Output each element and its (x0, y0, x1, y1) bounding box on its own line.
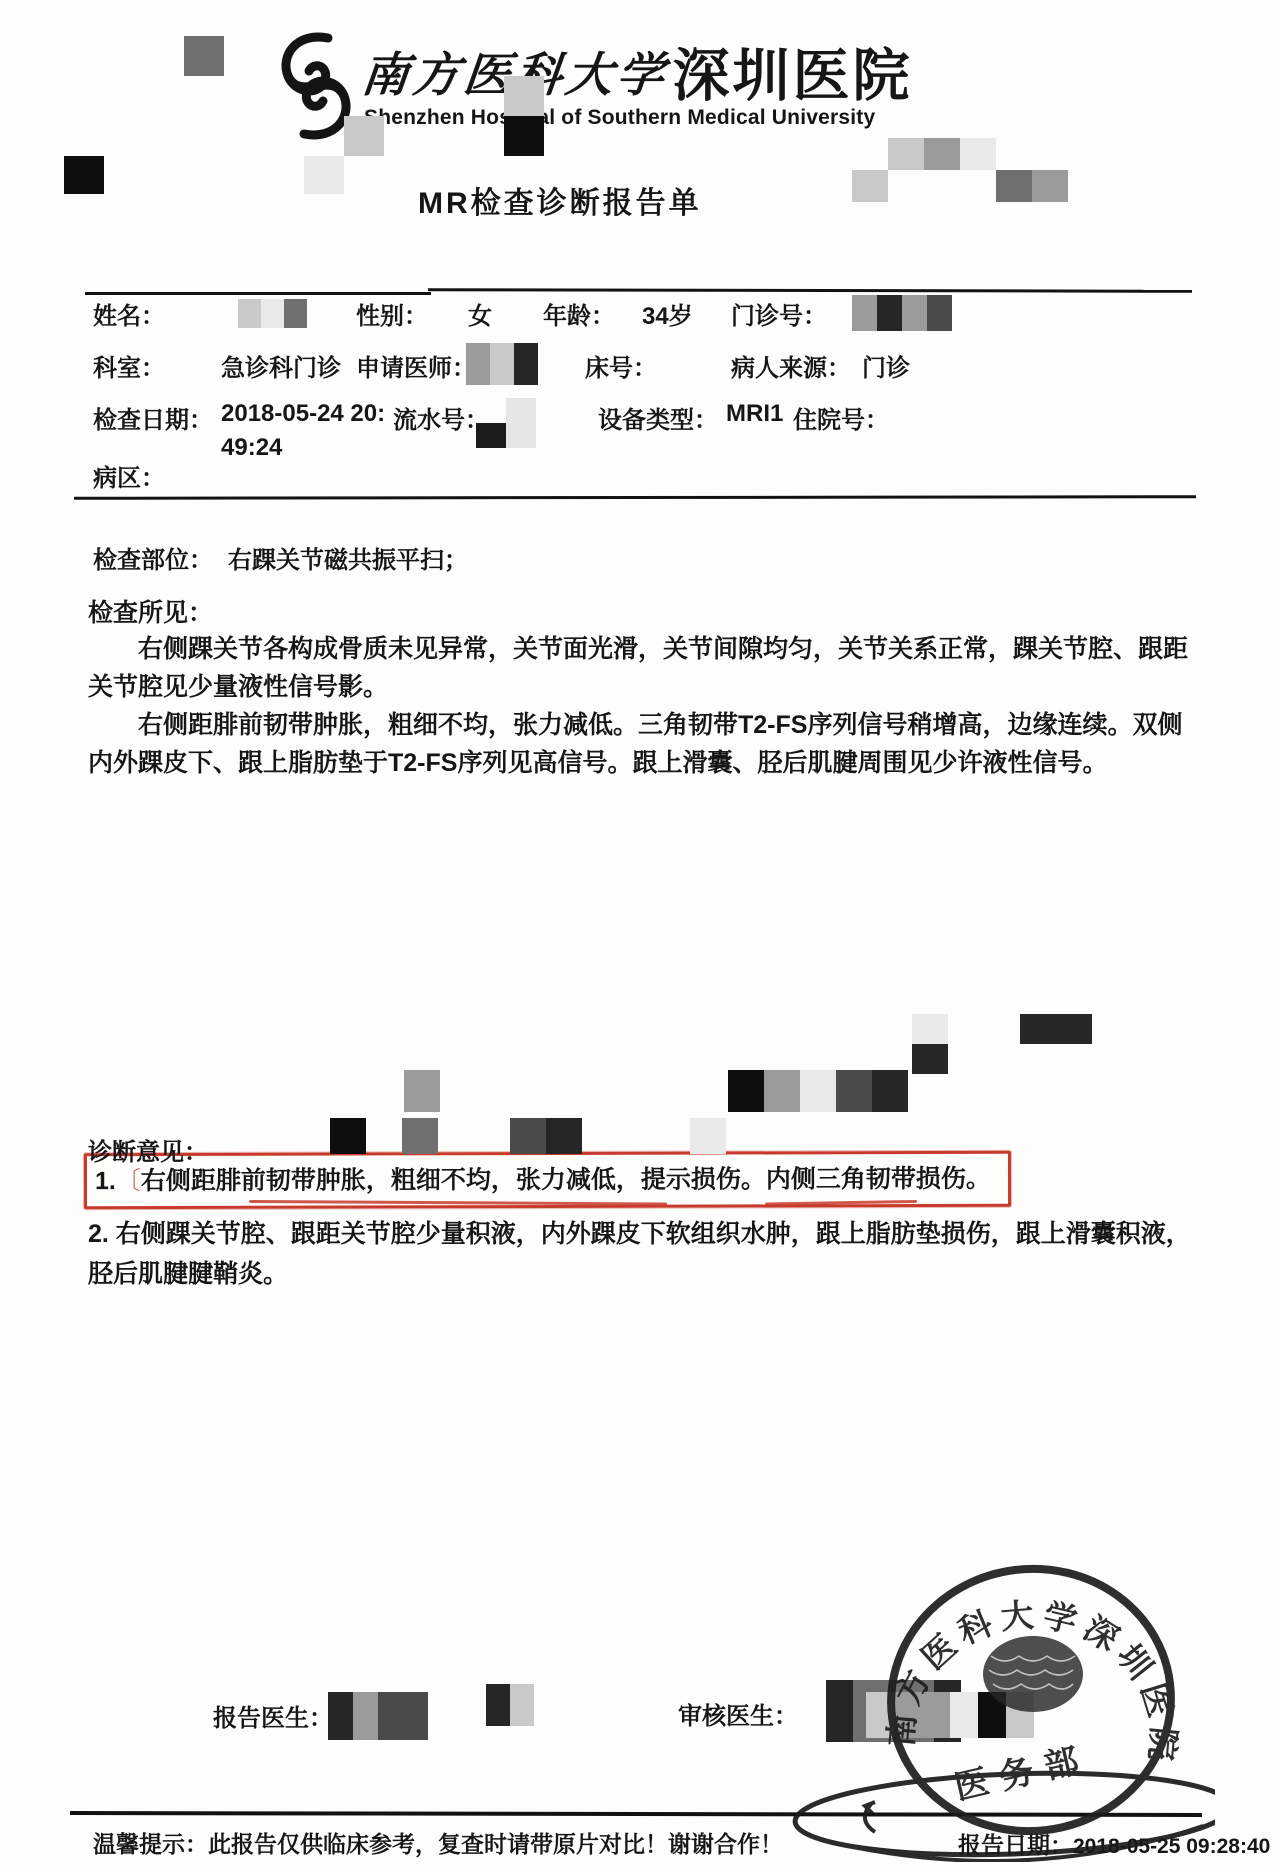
diagnosis-item-1-highlight-box: 1.〔右侧距腓前韧带肿胀，粗细不均，张力减低，提示损伤。内侧三角韧带损伤。 (84, 1151, 1011, 1209)
exam-site-value: 右踝关节磁共振平扫； (228, 540, 468, 575)
redaction-block (510, 1118, 546, 1154)
redaction-block (514, 343, 538, 385)
red-underline (249, 1200, 667, 1206)
hospital-name-en: Shenzhen Hospital of Southern Medical Un… (364, 106, 875, 130)
redaction-block (872, 1070, 908, 1112)
redaction-block (800, 1070, 836, 1112)
redaction-block (1032, 170, 1068, 202)
exam-date-label: 检查日期： (93, 400, 213, 435)
department-label: 科室： (93, 348, 165, 383)
redaction-block (912, 1014, 948, 1044)
department-value: 急诊科门诊 (221, 348, 341, 383)
redaction-block (304, 156, 344, 194)
device-type-value: MRI1 (726, 400, 783, 428)
redaction-block (960, 138, 996, 170)
redaction-block (852, 295, 877, 331)
exam-site-label: 检查部位： (93, 540, 213, 575)
inpatient-no-label: 住院号： (793, 400, 889, 435)
redaction-block (927, 295, 952, 331)
diagnosis-item-1-text: 右侧距腓前韧带肿胀，粗细不均，张力减低，提示损伤。内侧三角韧带损伤。 (141, 1165, 991, 1195)
redaction-block (261, 299, 284, 328)
redaction-block (924, 138, 960, 170)
divider-line (85, 292, 431, 295)
redaction-block (912, 1044, 948, 1074)
name-label: 姓名： (93, 296, 165, 331)
age-value: 34岁 (642, 296, 693, 331)
redaction-block (353, 1692, 378, 1740)
redaction-block (728, 1070, 764, 1112)
redaction-block (378, 1692, 403, 1740)
redaction-block (546, 1118, 582, 1154)
footer-tip-text: 此报告仅供临床参考，复查时请带原片对比！谢谢合作！ (208, 1831, 783, 1857)
redaction-block (402, 1118, 438, 1154)
findings-label: 检查所见： (88, 594, 213, 632)
findings-paragraph-2: 右侧距腓前韧带肿胀，粗细不均，张力减低。三角韧带T2-FS序列信号稍增高，边缘连… (88, 706, 1200, 782)
diagnosis-item-1: 1.〔右侧距腓前韧带肿胀，粗细不均，张力减低，提示损伤。内侧三角韧带损伤。 (95, 1160, 991, 1200)
exam-date-value-line1: 2018-05-24 20: (221, 400, 385, 428)
report-title: MR检查诊断报告单 (418, 178, 702, 222)
redaction-block (510, 1684, 534, 1726)
diagnosis-item-1-number: 1. (95, 1167, 116, 1195)
redaction-block (403, 1692, 428, 1740)
age-label: 年龄： (543, 296, 615, 331)
device-type-label: 设备类型： (598, 400, 718, 435)
patient-source-label: 病人来源： (731, 348, 851, 383)
redaction-block (284, 299, 307, 328)
redaction-block (852, 170, 888, 202)
redaction-block (64, 156, 104, 194)
diagnosis-label: 诊断意见： (88, 1132, 208, 1167)
redaction-block (490, 343, 514, 385)
footer-tip: 温馨提示：此报告仅供临床参考，复查时请带原片对比！谢谢合作！ (93, 1826, 783, 1859)
redaction-block (506, 398, 536, 423)
patient-source-value: 门诊 (862, 348, 910, 383)
hospital-name-cn: 南方医科大学 深圳医院 (362, 30, 912, 112)
footer-tip-label: 温馨提示： (93, 1831, 208, 1857)
hospital-stamp: 南方医科大学深圳医院 医务部 (775, 1552, 1215, 1862)
divider-line (74, 495, 1196, 500)
redaction-block (836, 1070, 872, 1112)
hospital-name-script: 南方医科大学 (358, 38, 671, 105)
red-underline (765, 1200, 917, 1206)
ward-label: 病区： (93, 458, 165, 493)
redaction-block (404, 1070, 440, 1112)
findings-paragraph-1: 右侧踝关节各构成骨质未见异常，关节面光滑，关节间隙均匀，关节关系正常，踝关节腔、… (88, 630, 1200, 706)
redaction-block (888, 138, 924, 170)
bed-no-label: 床号： (585, 348, 657, 383)
redaction-block (184, 36, 224, 76)
redaction-block (330, 1118, 366, 1154)
mr-report-page: 南方医科大学 深圳医院 Shenzhen Hospital of Souther… (0, 0, 1279, 1865)
redaction-block (506, 423, 536, 448)
hospital-name-bold: 深圳医院 (672, 30, 912, 112)
hospital-logo (272, 30, 360, 142)
redaction-block (996, 170, 1032, 202)
red-pen-mark: 〔 (116, 1167, 141, 1195)
gender-value: 女 (468, 296, 492, 331)
redaction-block (902, 295, 927, 331)
exam-date-value-line2: 49:24 (221, 434, 282, 462)
redaction-block (690, 1118, 726, 1154)
redaction-block (1020, 1014, 1056, 1044)
divider-line (428, 288, 1192, 293)
redaction-block (877, 295, 902, 331)
redaction-block (764, 1070, 800, 1112)
redaction-block (1056, 1014, 1092, 1044)
physician-label: 申请医师： (356, 348, 476, 383)
redaction-block (238, 299, 261, 328)
outpatient-no-label: 门诊号： (731, 296, 827, 331)
redaction-block (486, 1684, 510, 1726)
report-doctor-label: 报告医生： (213, 1698, 333, 1733)
serial-no-label: 流水号： (393, 400, 489, 435)
gender-label: 性别： (356, 296, 428, 331)
diagnosis-item-2: 2. 右侧踝关节腔、跟距关节腔少量积液，内外踝皮下软组织水肿，跟上脂肪垫损伤，跟… (88, 1214, 1200, 1294)
